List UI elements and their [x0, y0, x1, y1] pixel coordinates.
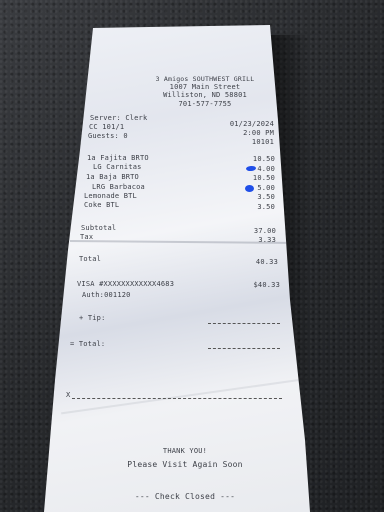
item-name: Lemonade BTL — [84, 192, 137, 200]
subtotal-label: Subtotal — [81, 224, 116, 232]
thank-you: THANK YOU! — [130, 447, 240, 455]
subtotal-value: 37.00 — [240, 227, 276, 235]
receipt-number: 10101 — [220, 138, 274, 146]
restaurant-address: 1007 Main Street — [140, 83, 270, 91]
tax-value: 3.33 — [240, 236, 276, 244]
total-line — [208, 348, 280, 349]
payment-amount: $40.33 — [240, 281, 280, 289]
item-name: LRG Barbacoa — [92, 183, 145, 191]
restaurant-city: Williston, ND 58801 — [140, 91, 270, 99]
paper-receipt: 3 Amigos SOUTHWEST GRILL 1007 Main Stree… — [0, 0, 384, 512]
total-value: 40.33 — [240, 258, 278, 266]
total-label: Total — [79, 255, 101, 263]
item-price: 10.50 — [240, 155, 275, 163]
signature-line — [72, 398, 282, 399]
item-name: 1a Baja BRTO — [86, 173, 139, 181]
card-number: VISA #XXXXXXXXXXXX4683 — [77, 280, 174, 288]
check-closed: --- Check Closed --- — [110, 492, 260, 501]
restaurant-phone: 701-577-7755 — [140, 100, 270, 108]
tip-label: + Tip: — [79, 314, 106, 322]
item-name: Coke BTL — [84, 201, 119, 209]
guest-count: Guests: 0 — [88, 132, 128, 140]
item-name: LG Carnitas — [93, 163, 142, 171]
auth-code: Auth:001120 — [82, 291, 131, 299]
receipt-time: 2:00 PM — [220, 129, 274, 137]
receipt-date: 01/23/2024 — [220, 120, 274, 128]
item-price: 10.50 — [240, 174, 275, 182]
check-number: CC 101/1 — [89, 123, 124, 131]
restaurant-name: 3 Amigos SOUTHWEST GRILL — [140, 75, 270, 83]
visit-again: Please Visit Again Soon — [110, 460, 260, 469]
signature-x: X — [66, 391, 70, 399]
server-name: Server: Clerk — [90, 114, 147, 122]
tax-label: Tax — [80, 233, 93, 241]
tip-line — [208, 323, 280, 324]
fold-crease — [61, 378, 309, 415]
item-price: 3.50 — [240, 203, 275, 211]
total-line-label: = Total: — [70, 340, 105, 348]
item-name: 1a Fajita BRTO — [87, 154, 149, 162]
pen-mark — [245, 185, 254, 192]
item-price: 3.50 — [240, 193, 275, 201]
